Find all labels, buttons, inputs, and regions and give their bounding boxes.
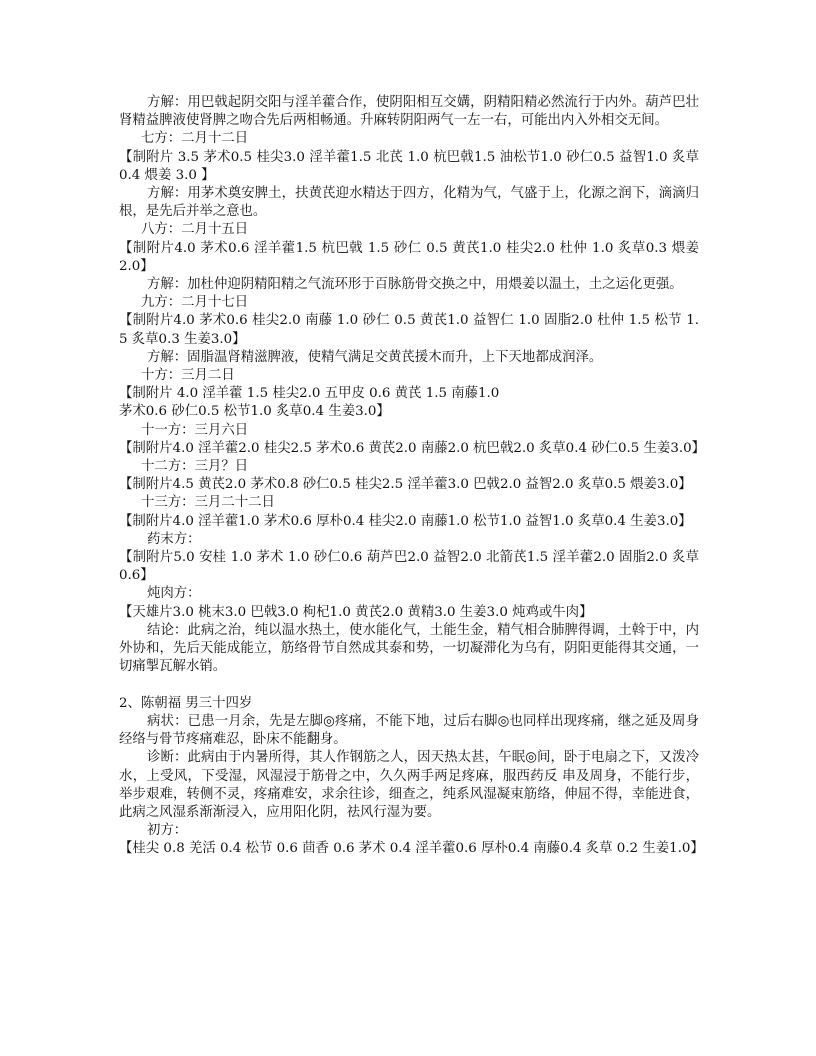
case-title: 2、陈朝福 男三十四岁 [119, 695, 699, 713]
prescription-formula: 【制附片4.0 淫羊藿1.0 茅术0.6 厚朴0.4 桂尖2.0 南藤1.0 松… [119, 513, 699, 531]
prescription-heading: 十方：三月二日 [119, 367, 699, 385]
prescription-formula: 【制附片4.0 茅术0.6 淫羊藿1.5 杭巴戟 1.5 砂仁 0.5 黄芪1.… [119, 240, 699, 276]
prescription-heading: 十二方：三月？日 [119, 458, 699, 476]
prescription-formula: 【桂尖 0.8 羌活 0.4 松节 0.6 茴香 0.6 茅术 0.4 淫羊藿0… [119, 840, 699, 858]
prescription-heading: 七方：二月十二日 [119, 130, 699, 148]
conclusion-paragraph: 结论：此病之治，纯以温水热土，使水能化气，土能生金，精气相合肺脾得调，土斡于中，… [119, 622, 699, 677]
prescription-formula: 【制附片4.0 茅术0.6 桂尖2.0 南藤 1.0 砂仁 0.5 黄芪1.0 … [119, 312, 699, 348]
prescription-heading: 药末方： [119, 531, 699, 549]
symptoms-paragraph: 病状：已患一月余，先是左脚◎疼痛，不能下地，过后右脚◎也同样出现疼痛，继之延及周… [119, 713, 699, 749]
diagnosis-paragraph: 诊断：此病由于内暑所得，其人作钢筋之人，因天热太甚，午眠◎间，卧于电扇之下，又泼… [119, 749, 699, 822]
fangjie-paragraph: 方解：用茅术奠安脾土，扶黄芪迎水精达于四方，化精为气，气盛于上，化源之润下，滴滴… [119, 185, 699, 221]
prescription-formula: 【制附片 3.5 茅术0.5 桂尖3.0 淫羊藿1.5 北芪 1.0 杭巴戟1.… [119, 149, 699, 185]
prescription-heading: 九方：二月十七日 [119, 294, 699, 312]
prescription-formula: 【制附片 4.0 淫羊藿 1.5 桂尖2.0 五甲皮 0.6 黄芪 1.5 南藤… [119, 385, 699, 403]
prescription-formula: 【制附片4.0 淫羊藿2.0 桂尖2.5 茅术0.6 黄芪2.0 南藤2.0 杭… [119, 440, 699, 458]
prescription-heading: 十三方：三月二十二日 [119, 494, 699, 512]
prescription-heading: 八方：二月十五日 [119, 221, 699, 239]
prescription-heading: 十一方：三月六日 [119, 422, 699, 440]
prescription-formula-continued: 茅术0.6 砂仁0.5 松节1.0 炙草0.4 生姜3.0】 [119, 403, 699, 421]
prescription-formula: 【天雄片3.0 桃末3.0 巴戟3.0 枸杞1.0 黄芪2.0 黄精3.0 生姜… [119, 604, 699, 622]
prescription-heading: 炖肉方： [119, 585, 699, 603]
prescription-heading: 初方： [119, 822, 699, 840]
fangjie-paragraph: 方解：固脂温肾精滋脾液，使精气满足交黄芪援木而升，上下天地都成润泽。 [119, 349, 699, 367]
document-page: 方解：用巴戟起阴交阳与淫羊藿合作，使阴阳相互交媾，阴精阳精必然流行于内外。葫芦巴… [119, 94, 699, 859]
prescription-formula: 【制附片5.0 安桂 1.0 茅术 1.0 砂仁0.6 葫芦巴2.0 益智2.0… [119, 549, 699, 585]
prescription-formula: 【制附片4.5 黄芪2.0 茅术0.8 砂仁0.5 桂尖2.5 淫羊藿3.0 巴… [119, 476, 699, 494]
fangjie-paragraph: 方解：用巴戟起阴交阳与淫羊藿合作，使阴阳相互交媾，阴精阳精必然流行于内外。葫芦巴… [119, 94, 699, 130]
blank-line [119, 677, 699, 695]
fangjie-paragraph: 方解：加杜仲迎阴精阳精之气流环形于百脉筋骨交换之中，用煨姜以温土，土之运化更强。 [119, 276, 699, 294]
